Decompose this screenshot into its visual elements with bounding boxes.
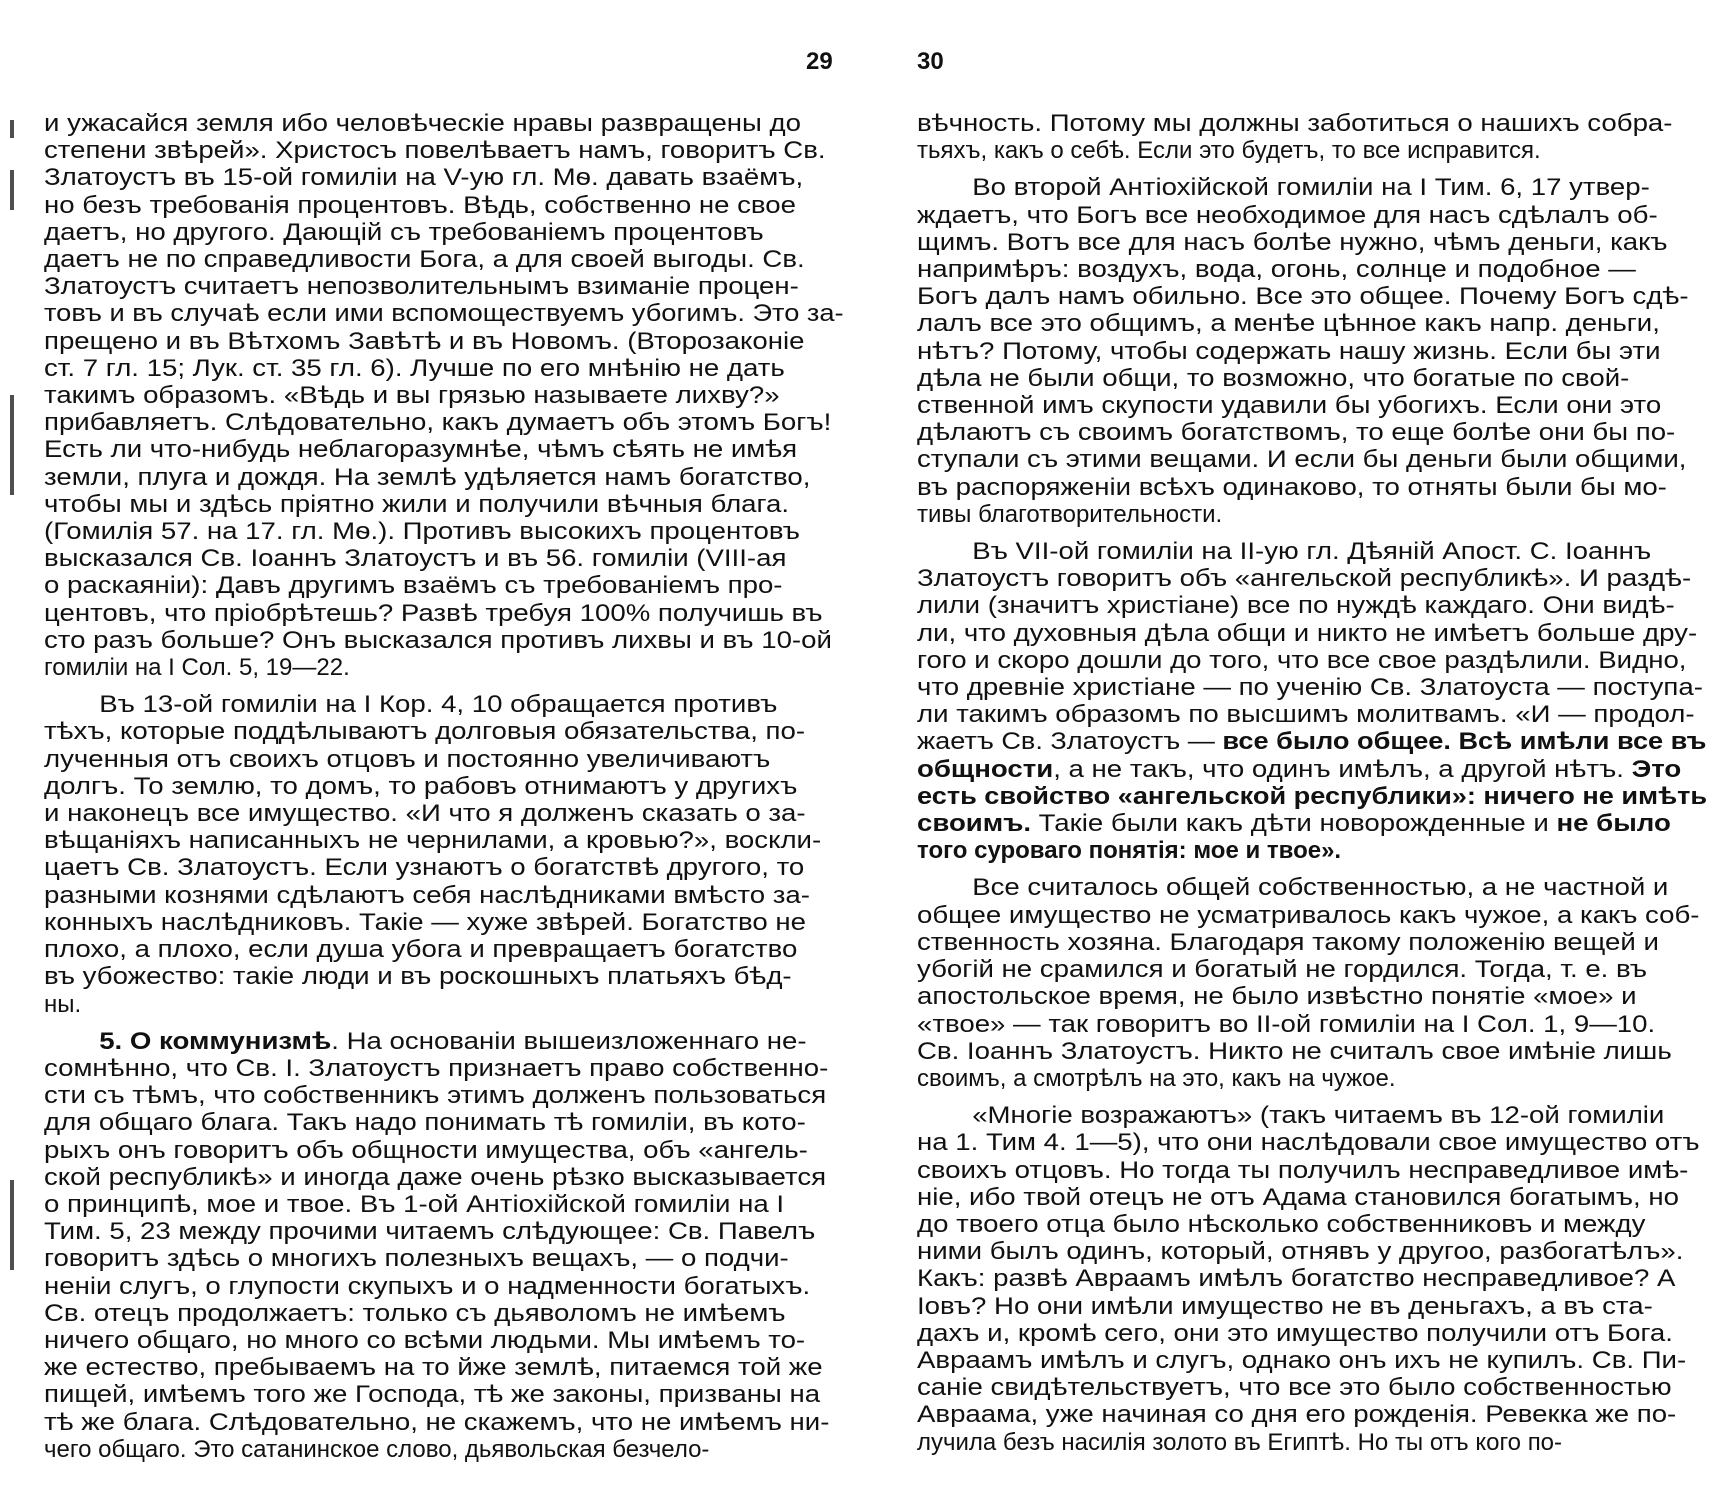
text-line: даетъ не по справедливости Бога, а для с… [44,246,804,273]
text-run: ніе, ибо твой отецъ не отъ Адама станови… [917,1184,1679,1211]
paragraph: Въ 13-ой гомиліи на I Кор. 4, 10 обращае… [44,691,844,1017]
text-line: напримѣръ: воздухъ, вода, огонь, солнце … [917,256,1636,283]
text-line: конныхъ наслѣдниковъ. Такіе — хуже звѣре… [44,909,806,936]
text-line: сто разъ больше? Онъ высказался противъ … [44,627,832,654]
text-run: ственной имъ скупости удавили бы убогихъ… [917,392,1661,419]
text-run: убогій не срамился и богатый не гордился… [917,956,1647,983]
text-run: разными кознями сдѣлаютъ себя наслѣдника… [44,882,810,909]
text-run: неніи слугъ, о глупости скупыхъ и о надм… [44,1273,810,1300]
text-line: Въ 13-ой гомиліи на I Кор. 4, 10 обращае… [44,691,833,718]
text-line: нѣтъ? Потому, чтобы содержать нашу жизнь… [917,338,1661,365]
page-body: вѣчность. Потому мы должны заботиться о … [917,110,1707,1466]
text-line: ніе, ибо твой отецъ не отъ Адама станови… [917,1184,1679,1211]
text-line: разными кознями сдѣлаютъ себя наслѣдника… [44,882,810,909]
text-run: чтобы мы и здѣсь пріятно жили и получили… [44,491,789,518]
text-run: тьяхъ, какъ о себѣ. Если это будетъ, то … [917,137,1541,164]
text-run: ли такимъ образомъ по высшимъ молитвамъ.… [917,701,1695,728]
text-line: дѣла не были общи, то возможно, что бога… [917,365,1629,392]
text-run: въ убожество: такіе люди и въ роскошныхъ… [44,963,792,990]
text-line: но безъ требованія процентовъ. Вѣдь, соб… [44,192,796,219]
bold-text: своимъ. [917,810,1031,837]
text-run: Св. отецъ продолжаетъ: только съ дьяволо… [44,1300,786,1327]
text-line: до твоего отца было нѣсколько собственни… [917,1211,1645,1238]
text-run: же естество, пребываемъ на то йже землѣ,… [44,1354,823,1381]
text-line: и наконецъ все имущество. «И что я долже… [44,800,805,827]
text-line: тѣ же блага. Слѣдовательно, не скажемъ, … [44,1409,829,1436]
text-run: но безъ требованія процентовъ. Вѣдь, соб… [44,192,796,219]
scan-binding-artifact [10,170,14,210]
text-run: тѣ же блага. Слѣдовательно, не скажемъ, … [44,1409,829,1436]
paragraph: Все считалось общей собственностью, а не… [917,874,1707,1092]
text-line: есть свойство «ангельской республики»: н… [917,783,1707,810]
paragraph: «Многіе возражаютъ» (такъ читаемъ въ 12-… [917,1102,1707,1456]
text-run: даетъ, но другого. Дающій съ требованіем… [44,219,764,246]
text-line: долгъ. То землю, то домъ, то рабовъ отни… [44,773,797,800]
text-line: общности, а не такъ, что одинъ имѣлъ, а … [917,756,1682,783]
text-run: высказался Св. Іоаннъ Златоустъ и въ 56.… [44,545,786,572]
text-run: Авраамъ имѣлъ и слугъ, однако онъ ихъ не… [917,1347,1686,1374]
paragraph: и ужасайся земля ибо человѣческіе нравы … [44,110,844,681]
scan-binding-artifact [10,1180,14,1270]
text-line: общее имущество не усматривалось какъ чу… [917,902,1699,929]
text-run: Все считалось общей собственностью, а не… [972,874,1668,901]
text-run: своихъ отцовъ. Но тогда ты получилъ несп… [917,1157,1688,1184]
text-line: Св. Іоаннъ Златоустъ. Никто не считалъ с… [917,1038,1671,1065]
text-line: ничего общаго, но много со всѣми людьми.… [44,1327,805,1354]
text-run: ской республикѣ» и иногда даже очень рѣз… [44,1164,826,1191]
text-line: ли, что духовныя дѣла общи и никто не им… [917,620,1697,647]
text-run: пищей, имѣемъ того же Господа, тѣ же зак… [44,1381,820,1408]
text-line: Авраамъ имѣлъ и слугъ, однако онъ ихъ не… [917,1347,1686,1374]
text-run: лученныя отъ своихъ отцовъ и постоянно у… [44,746,770,773]
text-run: степени звѣрей». Христосъ повелѣваетъ на… [44,137,826,164]
page-number: 30 [917,48,944,76]
bold-text: общности [917,756,1053,783]
text-line: цаетъ Св. Златоустъ. Если узнаютъ о бога… [44,854,804,881]
text-run: тѣхъ, которые поддѣлываютъ долговыя обяз… [44,718,805,745]
text-run: ничего общаго, но много со всѣми людьми.… [44,1327,805,1354]
text-run: дѣла не были общи, то возможно, что бога… [917,365,1629,392]
text-run: лучила безъ насилія золото въ Египтѣ. Но… [917,1429,1562,1456]
text-run: тивы благотворительности. [917,501,1222,528]
text-run: чего общаго. Это сатанинское слово, дьяв… [44,1436,709,1463]
text-line: Есть ли что-нибудь неблагоразумнѣе, чѣмъ… [44,436,797,463]
text-run: долгъ. То землю, то домъ, то рабовъ отни… [44,773,797,800]
bold-text: 5. О коммунизмѣ [99,1028,331,1055]
text-line: же естество, пребываемъ на то йже землѣ,… [44,1354,823,1381]
text-line: ны. [44,991,81,1018]
text-line: Все считалось общей собственностью, а не… [917,874,1723,901]
text-run: Въ 13-ой гомиліи на I Кор. 4, 10 обращае… [99,691,777,718]
text-line: Тим. 5, 23 между прочими читаемъ слѣдующ… [44,1218,816,1245]
text-line: апостольское время, не было извѣстно пон… [917,983,1637,1010]
text-run: цаетъ Св. Златоустъ. Если узнаютъ о бога… [44,854,804,881]
text-line: Св. отецъ продолжаетъ: только съ дьяволо… [44,1300,786,1327]
text-line: лалъ все это общимъ, а менѣе цѣнное какъ… [917,310,1660,337]
text-run: рыхъ онъ говоритъ объ общности имущества… [44,1137,808,1164]
scan-binding-artifact [10,395,14,495]
text-line: ст. 7 гл. 15; Лук. ст. 35 гл. 6). Лучше … [44,355,785,382]
text-line: Богъ далъ намъ обильно. Все это общее. П… [917,283,1689,310]
text-line: говоритъ здѣсь о многихъ полезныхъ вещах… [44,1245,789,1272]
text-run: напримѣръ: воздухъ, вода, огонь, солнце … [917,256,1636,283]
text-line: Златоустъ въ 15-ой гомиліи на V-ую гл. М… [44,164,803,191]
bold-text: все было общее. Всѣ имѣли все въ [1222,728,1706,755]
text-run: «Многіе возражаютъ» (такъ читаемъ въ 12-… [972,1102,1664,1129]
text-run: жаетъ Св. Златоустъ — [917,728,1222,755]
page-number: 29 [806,48,833,76]
paragraph: Во второй Антіохійской гомиліи на I Тим.… [917,174,1707,528]
text-line: что древніе христіане — по ученію Св. Зл… [917,674,1702,701]
text-line: (Гомилія 57. на 17. гл. Мѳ.). Противъ вы… [44,518,800,545]
text-run: (Гомилія 57. на 17. гл. Мѳ.). Противъ вы… [44,518,800,545]
text-line: товъ и въ случаѣ если ими вспомоществуем… [44,300,844,327]
text-run: ственность хозяна. Благодаря такому поло… [917,929,1659,956]
text-line: для общаго блага. Такъ надо понимать тѣ … [44,1109,805,1136]
text-line: въ убожество: такіе люди и въ роскошныхъ… [44,963,792,990]
text-line: земли, плуга и дождя. На землѣ удѣляется… [44,464,810,491]
text-run: Есть ли что-нибудь неблагоразумнѣе, чѣмъ… [44,436,797,463]
text-line: тѣхъ, которые поддѣлываютъ долговыя обяз… [44,718,805,745]
text-run: дахъ и, кромѣ сего, они это имущество по… [917,1320,1673,1347]
text-run: плохо, а плохо, если душа убога и превра… [44,936,797,963]
text-run: Во второй Антіохійской гомиліи на I Тим.… [972,174,1650,201]
text-line: жаетъ Св. Златоустъ — все было общее. Вс… [917,728,1707,755]
text-run: саніе свидѣтельствуетъ, что все это было… [917,1374,1672,1401]
text-run: Златоустъ въ 15-ой гомиліи на V-ую гл. М… [44,164,803,191]
text-run: . На основаніи вышеизложеннаго не- [331,1028,806,1055]
text-line: рыхъ онъ говоритъ объ общности имущества… [44,1137,808,1164]
text-line: ли такимъ образомъ по высшимъ молитвамъ.… [917,701,1694,728]
text-run: говоритъ здѣсь о многихъ полезныхъ вещах… [44,1245,789,1272]
text-line: Златоустъ считаетъ непозволительнымъ взи… [44,273,798,300]
text-run: «твое» — так говоритъ во II-ой гомиліи н… [917,1011,1655,1038]
text-run: ли, что духовныя дѣла общи и никто не им… [917,620,1697,647]
text-line: Златоустъ говоритъ объ «ангельской респу… [917,565,1691,592]
text-run: вѣщаніяхъ написанныхъ не чернилами, а кр… [44,827,821,854]
text-line: на 1. Тим 4. 1—5), что они наслѣдовали с… [917,1129,1699,1156]
text-run: апостольское время, не было извѣстно пон… [917,983,1637,1010]
text-run: на 1. Тим 4. 1—5), что они наслѣдовали с… [917,1129,1700,1156]
text-run: Какъ: развѣ Авраамъ имѣлъ богатство несп… [917,1265,1675,1292]
text-run: общее имущество не усматривалось какъ чу… [917,902,1700,929]
text-line: плохо, а плохо, если душа убога и превра… [44,936,797,963]
text-run: Въ VII-ой гомиліи на II-ую гл. Дѣяній Ап… [972,538,1651,565]
text-run: Іовъ? Но они имѣли имущество не въ деньг… [917,1293,1653,1320]
text-line: прещено и въ Вѣтхомъ Завѣтѣ и въ Новомъ.… [44,328,804,355]
text-line: своихъ отцовъ. Но тогда ты получилъ несп… [917,1157,1689,1184]
text-run: лили (значитъ христіане) все по нуждѣ ка… [917,592,1675,619]
text-line: тивы благотворительности. [917,501,1222,528]
text-line: своимъ, а смотрѣлъ на это, какъ на чужое… [917,1065,1396,1092]
text-line: неніи слугъ, о глупости скупыхъ и о надм… [44,1273,810,1300]
text-run: Такіе были какъ дѣти новорожденные и [1031,810,1556,837]
text-line: пищей, имѣемъ того же Господа, тѣ же зак… [44,1381,820,1408]
text-line: «Многіе возражаютъ» (такъ читаемъ въ 12-… [917,1102,1720,1129]
text-run: ступали съ этими вещами. И если бы деньг… [917,446,1686,473]
text-run: и наконецъ все имущество. «И что я долже… [44,800,806,827]
text-run: сти съ тѣмъ, что собственникъ этимъ долж… [44,1082,826,1109]
text-run: щимъ. Вотъ все для насъ болѣе нужно, чѣм… [917,229,1667,256]
text-run: сомнѣнно, что Св. I. Златоустъ признаетъ… [44,1055,828,1082]
text-run: для общаго блага. Такъ надо понимать тѣ … [44,1109,806,1136]
text-run: вѣчность. Потому мы должны заботиться о … [917,110,1672,137]
text-run: ждаетъ, что Богъ все необходимое для нас… [917,202,1658,229]
text-line: гого и скоро дошли до того, что все свое… [917,647,1686,674]
paragraph: 5. О коммунизмѣ. На основаніи вышеизложе… [44,1028,844,1463]
paragraph: вѣчность. Потому мы должны заботиться о … [917,110,1707,164]
text-run: гомиліи на I Сол. 5, 19—22. [44,654,350,681]
text-run: гого и скоро дошли до того, что все свое… [917,647,1686,674]
text-line: гомиліи на I Сол. 5, 19—22. [44,654,350,681]
text-line: ждаетъ, что Богъ все необходимое для нас… [917,202,1658,229]
text-line: ступали съ этими вещами. И если бы деньг… [917,446,1686,473]
text-run: Златоустъ говоритъ объ «ангельской респу… [917,565,1691,592]
text-line: дахъ и, кромѣ сего, они это имущество по… [917,1320,1673,1347]
text-run: въ распоряженіи всѣхъ одинаково, то отня… [917,474,1667,501]
text-line: высказался Св. Іоаннъ Златоустъ и въ 56.… [44,545,787,572]
text-run: центовъ, что пріобрѣтешь? Развѣ требуя 1… [44,600,823,627]
text-line: Въ VII-ой гомиліи на II-ую гл. Дѣяній Ап… [917,538,1706,565]
text-line: ними былъ одинъ, который, отнявъ у друго… [917,1238,1683,1265]
page-body: и ужасайся земля ибо человѣческіе нравы … [44,110,844,1473]
text-line: щимъ. Вотъ все для насъ болѣе нужно, чѣм… [917,229,1668,256]
text-line: центовъ, что пріобрѣтешь? Развѣ требуя 1… [44,600,823,627]
text-run: Златоустъ считаетъ непозволительнымъ взи… [44,273,799,300]
text-run: о принципѣ, мое и твое. Въ 1-ой Антіохій… [44,1191,784,1218]
text-line: 5. О коммунизмѣ. На основаніи вышеизложе… [44,1028,862,1055]
text-line: степени звѣрей». Христосъ повелѣваетъ на… [44,137,826,164]
text-line: ственность хозяна. Благодаря такому поло… [917,929,1659,956]
text-run: ними былъ одинъ, который, отнявъ у друго… [917,1238,1683,1265]
text-line: Во второй Антіохійской гомиліи на I Тим.… [917,174,1705,201]
text-run: нѣтъ? Потому, чтобы содержать нашу жизнь… [917,338,1661,365]
text-line: саніе свидѣтельствуетъ, что все это было… [917,1374,1671,1401]
bold-text: не было [1556,810,1670,837]
text-line: даетъ, но другого. Дающій съ требованіем… [44,219,764,246]
text-line: Іовъ? Но они имѣли имущество не въ деньг… [917,1293,1653,1320]
text-run: даетъ не по справедливости Бога, а для с… [44,246,805,273]
text-line: ственной имъ скупости удавили бы убогихъ… [917,392,1661,419]
text-line: прибавляетъ. Слѣдовательно, какъ думаетъ… [44,409,832,436]
text-run: прибавляетъ. Слѣдовательно, какъ думаетъ… [44,409,831,436]
text-run: товъ и въ случаѣ если ими вспомоществуем… [44,300,844,327]
text-line: такимъ образомъ. «Вѣдь и вы грязью назыв… [44,382,780,409]
text-run: ст. 7 гл. 15; Лук. ст. 35 гл. 6). Лучше … [44,355,785,382]
left-page: 29 и ужасайся земля ибо человѣческіе нра… [0,0,870,1500]
text-run: такимъ образомъ. «Вѣдь и вы грязью назыв… [44,382,780,409]
text-line: лили (значитъ христіане) все по нуждѣ ка… [917,592,1675,619]
text-line: Авраама, уже начиная со дня его рожденія… [917,1401,1676,1428]
text-line: о принципѣ, мое и твое. Въ 1-ой Антіохій… [44,1191,785,1218]
text-run: Авраама, уже начиная со дня его рожденія… [917,1401,1676,1428]
text-line: вѣщаніяхъ написанныхъ не чернилами, а кр… [44,827,821,854]
text-run: Богъ далъ намъ обильно. Все это общее. П… [917,283,1689,310]
text-line: чтобы мы и здѣсь пріятно жили и получили… [44,491,789,518]
text-run: лалъ все это общимъ, а менѣе цѣнное какъ… [917,310,1660,337]
bold-text: того суроваго понятія: мое и твое». [917,837,1341,864]
text-line: о раскаяніи): Давъ другимъ взаёмъ съ тре… [44,572,782,599]
text-run: сто разъ больше? Онъ высказался противъ … [44,627,832,654]
text-run: дѣлаютъ съ своимъ богатствомъ, то еще бо… [917,419,1675,446]
text-line: «твое» — так говоритъ во II-ой гомиліи н… [917,1011,1655,1038]
text-line: лучила безъ насилія золото въ Египтѣ. Но… [917,1429,1562,1456]
text-run: о раскаяніи): Давъ другимъ взаёмъ съ тре… [44,572,783,599]
text-run: конныхъ наслѣдниковъ. Такіе — хуже звѣре… [44,909,806,936]
bold-text: Это [1632,756,1682,783]
text-run: земли, плуга и дождя. На землѣ удѣляется… [44,464,810,491]
right-page: 30 вѣчность. Потому мы должны заботиться… [870,0,1732,1500]
text-run: и ужасайся земля ибо человѣческіе нравы … [44,110,801,137]
text-line: ской республикѣ» и иногда даже очень рѣз… [44,1164,826,1191]
text-line: сомнѣнно, что Св. I. Златоустъ признаетъ… [44,1055,828,1082]
text-line: въ распоряженіи всѣхъ одинаково, то отня… [917,474,1667,501]
text-line: чего общаго. Это сатанинское слово, дьяв… [44,1436,709,1463]
bold-text: есть свойство «ангельской республики»: н… [917,783,1707,810]
text-run: до твоего отца было нѣсколько собственни… [917,1211,1645,1238]
text-run: Тим. 5, 23 между прочими читаемъ слѣдующ… [44,1218,815,1245]
paragraph: Въ VII-ой гомиліи на II-ую гл. Дѣяній Ап… [917,538,1707,864]
scan-binding-artifact [10,120,14,138]
text-line: и ужасайся земля ибо человѣческіе нравы … [44,110,801,137]
text-line: сти съ тѣмъ, что собственникъ этимъ долж… [44,1082,826,1109]
text-line: тьяхъ, какъ о себѣ. Если это будетъ, то … [917,137,1541,164]
text-line: своимъ. Такіе были какъ дѣти новорожденн… [917,810,1671,837]
text-run: прещено и въ Вѣтхомъ Завѣтѣ и въ Новомъ.… [44,328,804,355]
text-run: ны. [44,991,81,1018]
text-line: Какъ: развѣ Авраамъ имѣлъ богатство несп… [917,1265,1676,1292]
text-run: своимъ, а смотрѣлъ на это, какъ на чужое… [917,1065,1396,1092]
text-line: того суроваго понятія: мое и твое». [917,837,1341,864]
text-line: дѣлаютъ съ своимъ богатствомъ, то еще бо… [917,419,1675,446]
text-line: убогій не срамился и богатый не гордился… [917,956,1647,983]
text-line: вѣчность. Потому мы должны заботиться о … [917,110,1673,137]
text-line: лученныя отъ своихъ отцовъ и постоянно у… [44,746,771,773]
text-run: , а не такъ, что одинъ имѣлъ, а другой н… [1053,756,1631,783]
text-run: что древніе христіане — по ученію Св. Зл… [917,674,1703,701]
text-run: Св. Іоаннъ Златоустъ. Никто не считалъ с… [917,1038,1672,1065]
